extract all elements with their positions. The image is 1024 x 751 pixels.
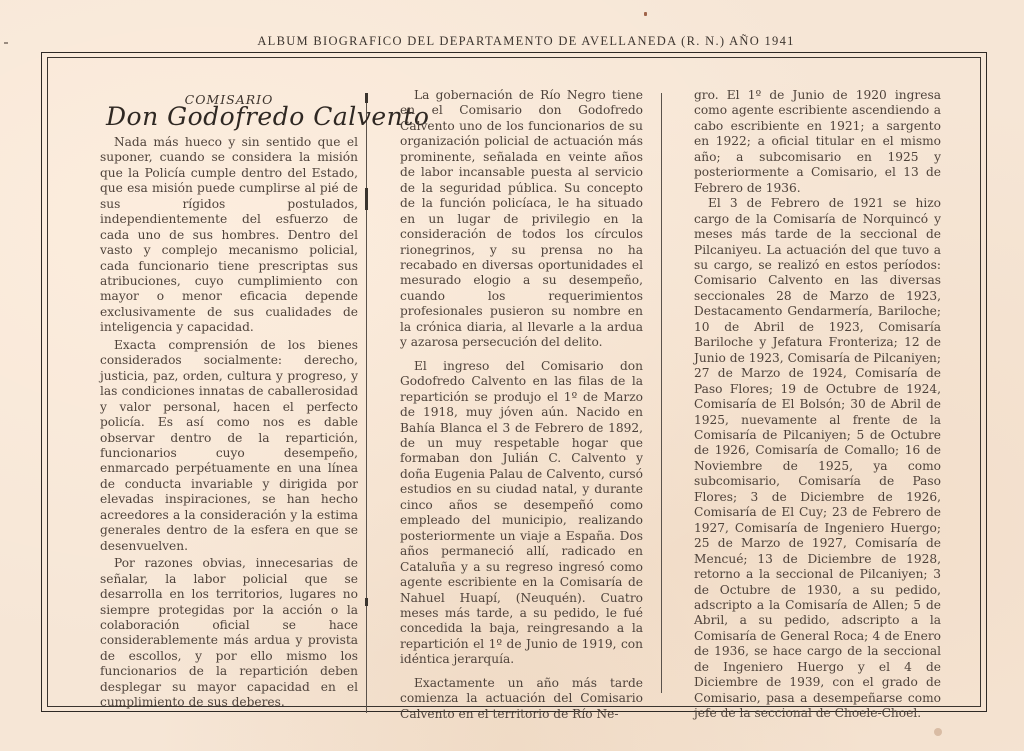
- paper-stain: [934, 728, 942, 736]
- divider-mark: [365, 598, 368, 606]
- article-column-1: COMISARIO Don Godofredo Calvento Nada má…: [100, 88, 358, 711]
- paragraph: gro. El 1º de Junio de 1920 ingresa como…: [694, 88, 941, 196]
- margin-mark: [4, 42, 8, 44]
- paragraph: Nada más hueco y sin sentido que el supo…: [100, 135, 358, 336]
- running-header: ALBUM BIOGRAFICO DEL DEPARTAMENTO DE AVE…: [226, 34, 826, 49]
- paper-blemish: [644, 12, 647, 16]
- column-divider-1: [366, 93, 367, 713]
- paragraph: La gobernación de Río Negro tiene en el …: [400, 88, 643, 351]
- article-column-2: La gobernación de Río Negro tiene en el …: [400, 88, 643, 722]
- paragraph: El ingreso del Comisario don Godofredo C…: [400, 359, 643, 668]
- paragraph: Por razones obvias, innecesarias de seña…: [100, 556, 358, 711]
- divider-mark: [365, 188, 368, 210]
- paragraph: El 3 de Febrero de 1921 se hizo cargo de…: [694, 196, 941, 721]
- paragraph: Exacta comprensión de los bienes conside…: [100, 338, 358, 554]
- article-column-3: gro. El 1º de Junio de 1920 ingresa como…: [694, 88, 941, 722]
- article-title: Don Godofredo Calvento: [106, 109, 358, 124]
- column-divider-2: [661, 93, 662, 693]
- paragraph: Exactamente un año más tarde comienza la…: [400, 676, 643, 722]
